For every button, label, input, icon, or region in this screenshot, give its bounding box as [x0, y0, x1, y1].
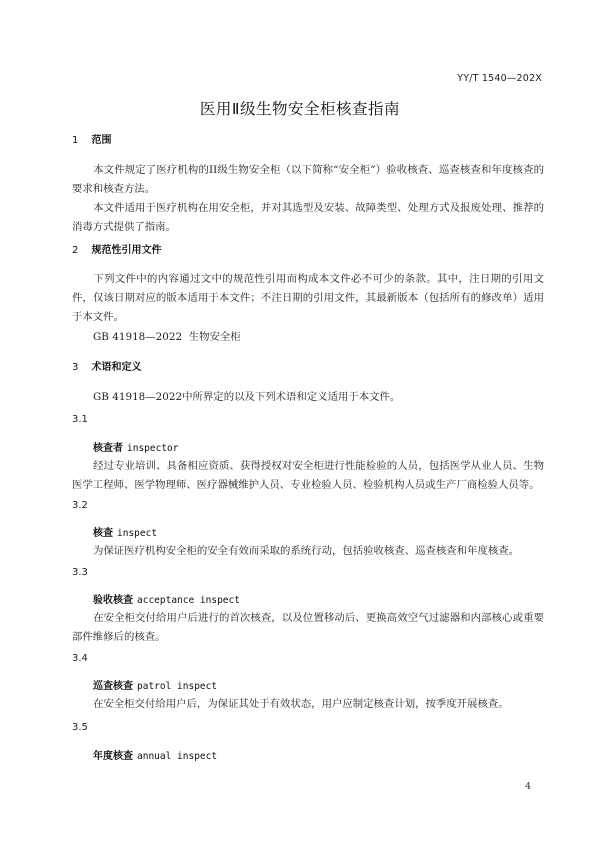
term-entry: 核查者inspector — [93, 439, 178, 454]
clause-number: 3.1 — [72, 414, 88, 425]
term-zh: 核查者 — [93, 443, 123, 454]
document-page: YY/T 1540—202X 医用Ⅱ级生物安全柜核查指南 1 范围 本文件规定了… — [0, 0, 600, 848]
section-2-heading: 2 规范性引用文件 — [72, 241, 161, 256]
section-number: 3 — [72, 362, 88, 373]
term-entry: 年度核查annual inspect — [93, 747, 217, 762]
section-number: 1 — [72, 135, 88, 146]
term-entry: 核查inspect — [93, 524, 157, 539]
term-zh: 核查 — [93, 528, 113, 539]
section-1-paragraph-2: 本文件适用于医疗机构在用安全柜，并对其选型及安装、故障类型、处理方式及报废处理、… — [72, 199, 544, 237]
term-definition: 为保证医疗机构安全柜的安全有效而采取的系统行动，包括验收核查、巡查核查和年度核查… — [72, 542, 544, 561]
term-entry: 验收核查acceptance inspect — [93, 591, 240, 606]
section-3-heading: 3 术语和定义 — [72, 358, 141, 373]
term-zh: 年度核查 — [93, 751, 133, 762]
clause-number: 3.5 — [72, 722, 88, 733]
section-title: 范围 — [91, 135, 111, 146]
clause-number: 3.3 — [72, 567, 88, 578]
section-3-intro: GB 41918—2022中所界定的以及下列术语和定义适用于本文件。 — [93, 388, 400, 403]
term-en: inspect — [117, 528, 157, 539]
page-number: 4 — [525, 781, 531, 792]
section-1-heading: 1 范围 — [72, 131, 111, 146]
section-title: 术语和定义 — [91, 362, 141, 373]
term-entry: 巡查核查patrol inspect — [93, 677, 217, 692]
standard-code: YY/T 1540—202X — [457, 73, 542, 84]
term-en: acceptance inspect — [137, 595, 240, 606]
section-1-paragraph-1: 本文件规定了医疗机构的II级生物安全柜（以下简称“安全柜”）验收核查、巡查核查和… — [72, 161, 544, 199]
clause-number: 3.2 — [72, 500, 88, 511]
section-title: 规范性引用文件 — [91, 245, 161, 256]
section-number: 2 — [72, 245, 88, 256]
section-2-paragraph: 下列文件中的内容通过文中的规范性引用而构成本文件必不可少的条款。其中，注日期的引… — [72, 270, 544, 327]
normative-reference: GB 41918—2022 生物安全柜 — [93, 328, 241, 343]
term-zh: 验收核查 — [93, 595, 133, 606]
clause-number: 3.4 — [72, 653, 88, 664]
term-en: inspector — [127, 443, 178, 454]
term-definition: 经过专业培训、具备相应资质、获得授权对安全柜进行性能检验的人员，包括医学从业人员… — [72, 457, 544, 495]
term-zh: 巡查核查 — [93, 681, 133, 692]
document-title: 医用Ⅱ级生物安全柜核查指南 — [0, 97, 600, 119]
term-definition: 在安全柜交付给用户后，为保证其处于有效状态，用户应制定核查计划，按季度开展核查。 — [72, 695, 544, 714]
term-en: annual inspect — [137, 751, 217, 762]
term-en: patrol inspect — [137, 681, 217, 692]
term-definition: 在安全柜交付给用户后进行的首次核查，以及位置移动后、更换高效空气过滤器和内部核心… — [72, 609, 544, 647]
